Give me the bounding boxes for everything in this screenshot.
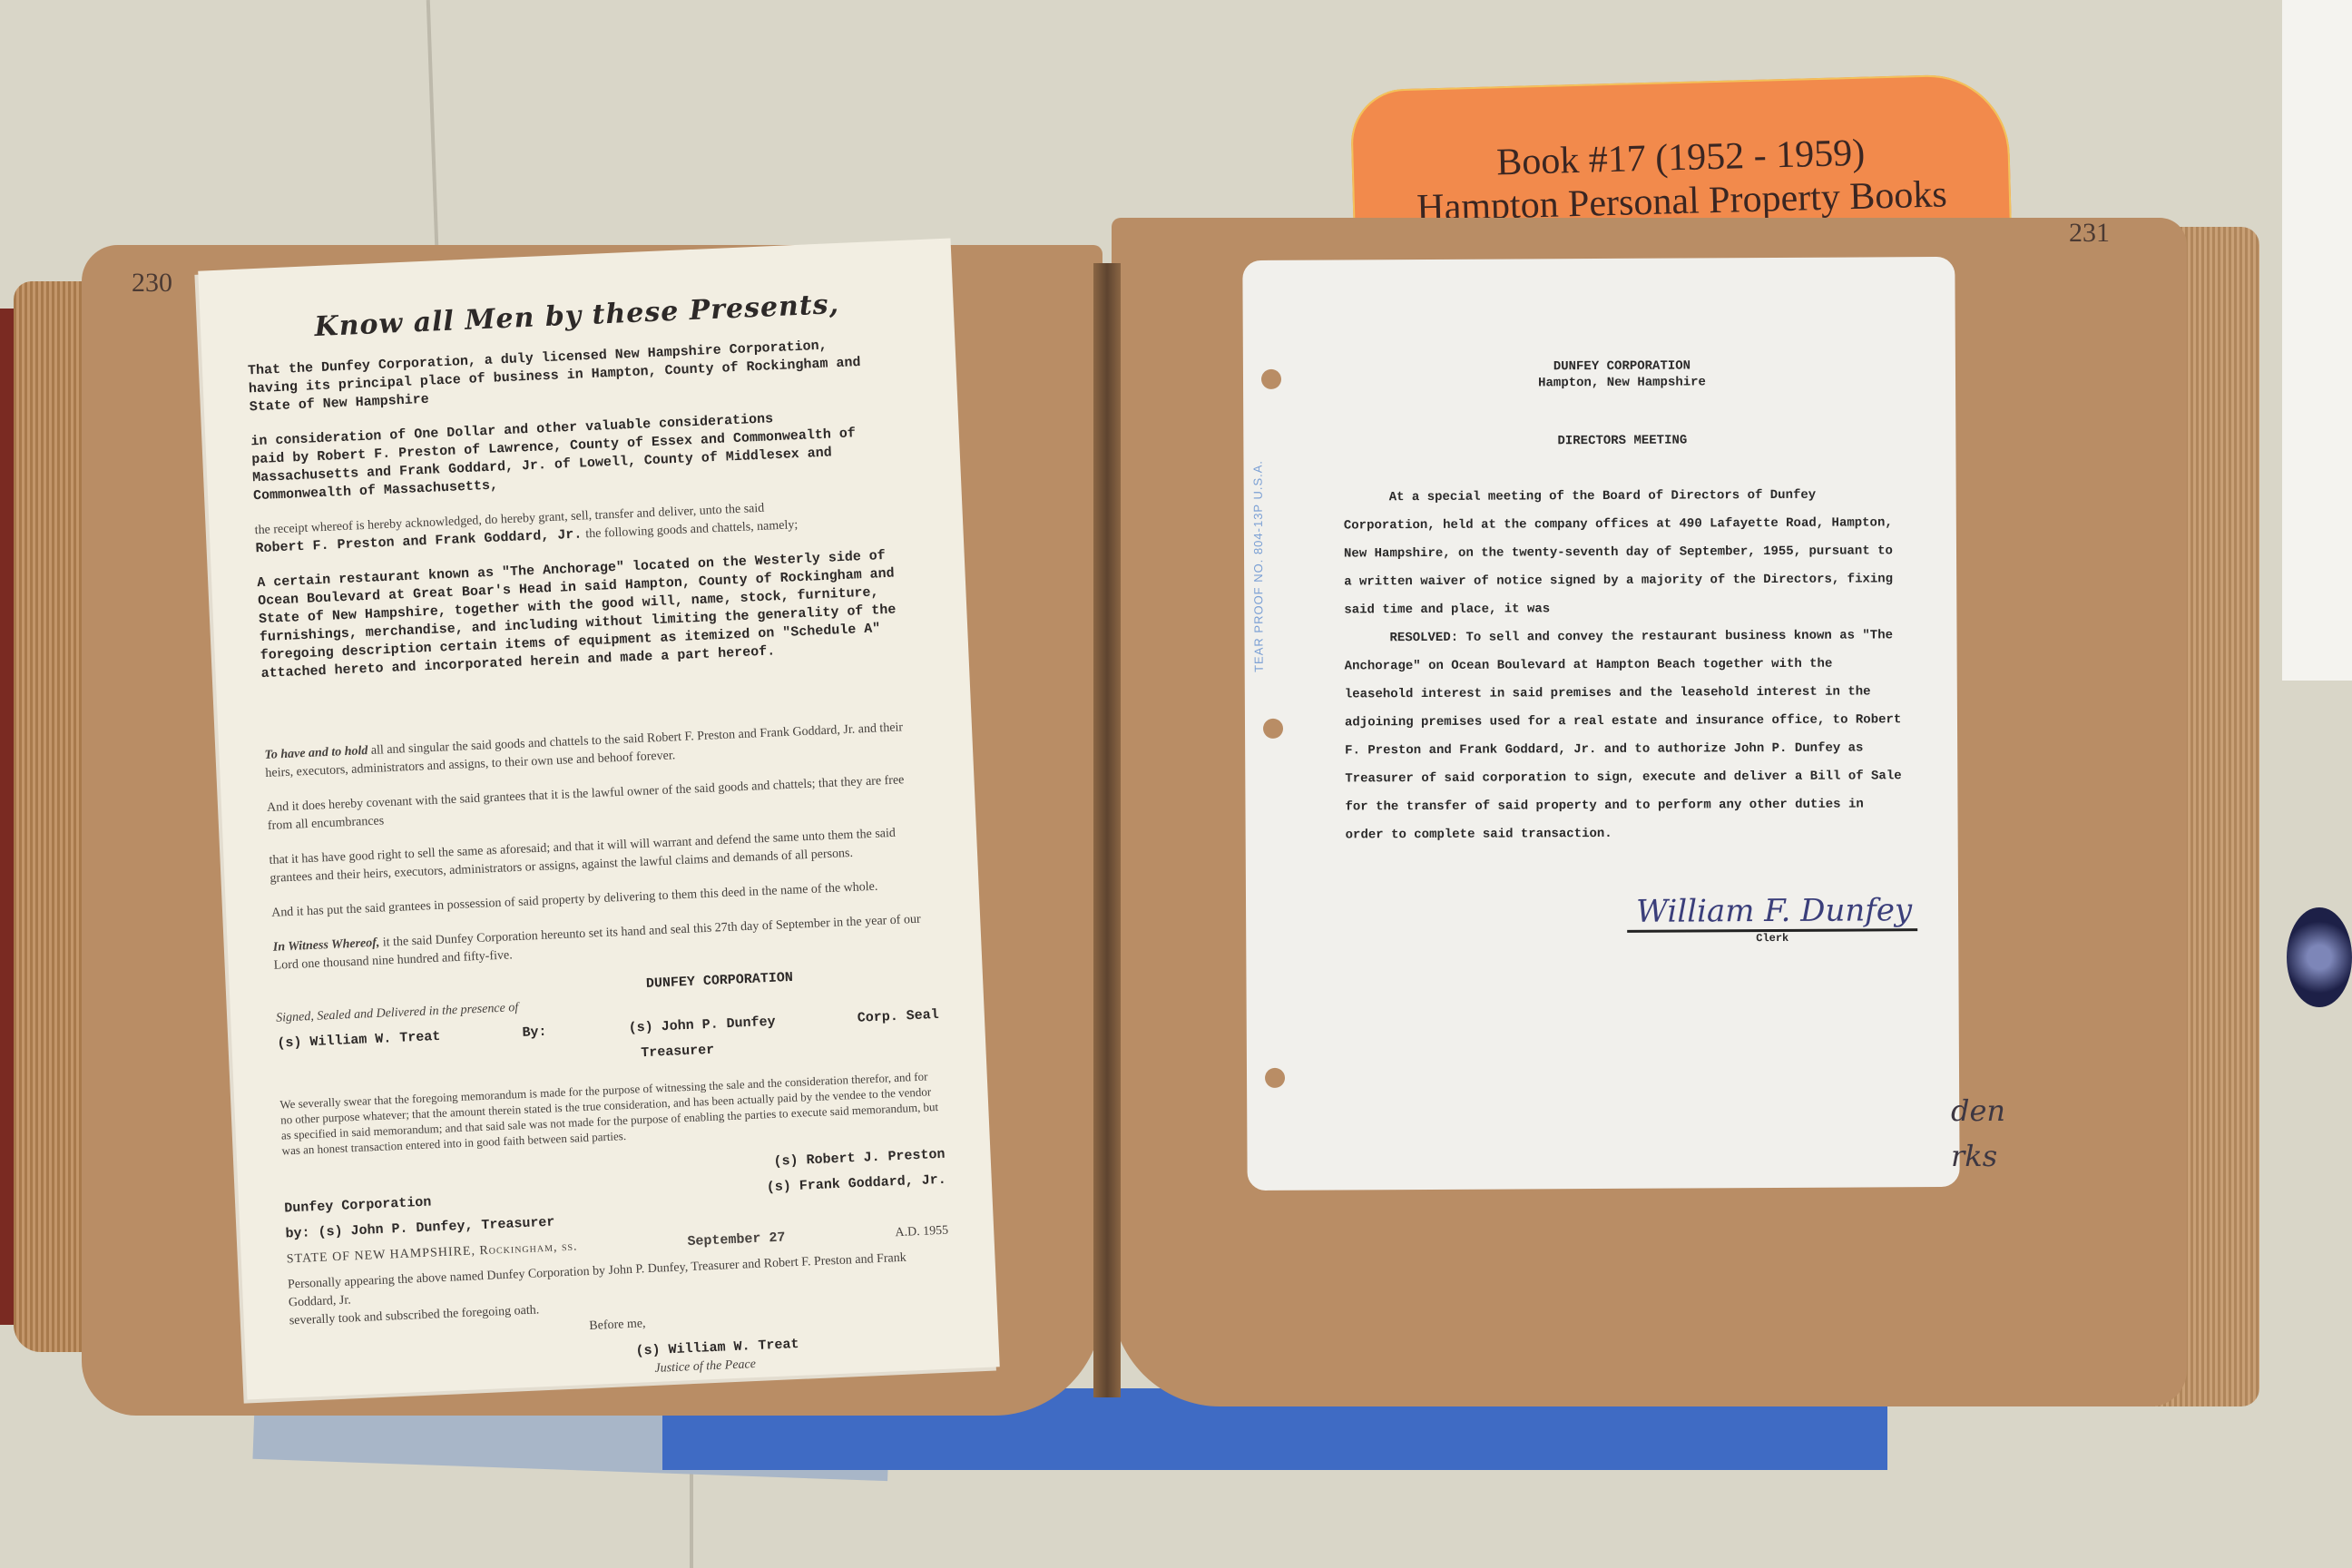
oath-signature-2: (s) Frank Goddard, Jr. — [766, 1171, 946, 1198]
covenant-text: And it does hereby covenant with the sai… — [267, 770, 930, 836]
clerk-title: Clerk — [1627, 931, 1917, 946]
paper-brand-imprint: TEAR PROOF NO. 804-13P U.S.A. — [1250, 460, 1265, 672]
oath-signature-1: (s) Robert J. Preston — [773, 1146, 946, 1171]
state-line: STATE OF NEW HAMPSHIRE, Rockingham, ss. — [286, 1238, 578, 1269]
grantor-block: That the Dunfey Corporation, a duly lice… — [248, 334, 912, 417]
page-number-left: 230 — [132, 268, 172, 299]
by-label: By: — [522, 1024, 547, 1043]
witness-label: In Witness Whereof, — [273, 936, 380, 955]
bill-of-sale-document: Know all Men by these Presents, That the… — [198, 238, 1000, 1399]
state-year: A.D. 1955 — [895, 1222, 949, 1243]
oath-text: We severally swear that the foregoing me… — [279, 1068, 944, 1159]
page-number-right: 231 — [2069, 218, 2110, 249]
directors-meeting-minutes: TEAR PROOF NO. 804-13P U.S.A. DUNFEY COR… — [1242, 257, 1959, 1191]
book-gutter — [1093, 263, 1121, 1397]
meeting-title: DIRECTORS MEETING — [1343, 426, 1901, 456]
minutes-paragraph: At a special meeting of the Board of Dir… — [1344, 481, 1903, 624]
oath-corp: Dunfey Corporation — [284, 1193, 432, 1218]
clerk-signature-block: William F. Dunfey Clerk — [1627, 892, 1917, 966]
state-date: September 27 — [687, 1229, 786, 1251]
punch-hole — [1265, 1068, 1285, 1088]
corp-location: Hampton, New Hampshire — [1343, 373, 1901, 392]
handwritten-margin-note: rks — [1951, 1139, 1997, 1173]
punch-hole — [1261, 369, 1281, 389]
corp-seal: Corp. Seal — [857, 1006, 939, 1028]
handwritten-margin-note: den — [1951, 1093, 2005, 1128]
decorative-button-pin — [2287, 907, 2352, 1007]
punch-hole — [1263, 719, 1283, 739]
treasurer-signature: (s) John P. Dunfey — [628, 1014, 776, 1038]
witness-signature: (s) William W. Treat — [277, 1028, 441, 1053]
habendum-label: To have and to hold — [264, 744, 367, 762]
resolution-paragraph: RESOLVED: To sell and convey the restaur… — [1344, 622, 1903, 849]
clerk-signature: William F. Dunfey — [1627, 892, 1917, 933]
notepad — [2282, 0, 2352, 681]
warranty-text: that it has have good right to sell the … — [269, 823, 932, 888]
goods-description: A certain restaurant known as "The Ancho… — [257, 545, 924, 683]
